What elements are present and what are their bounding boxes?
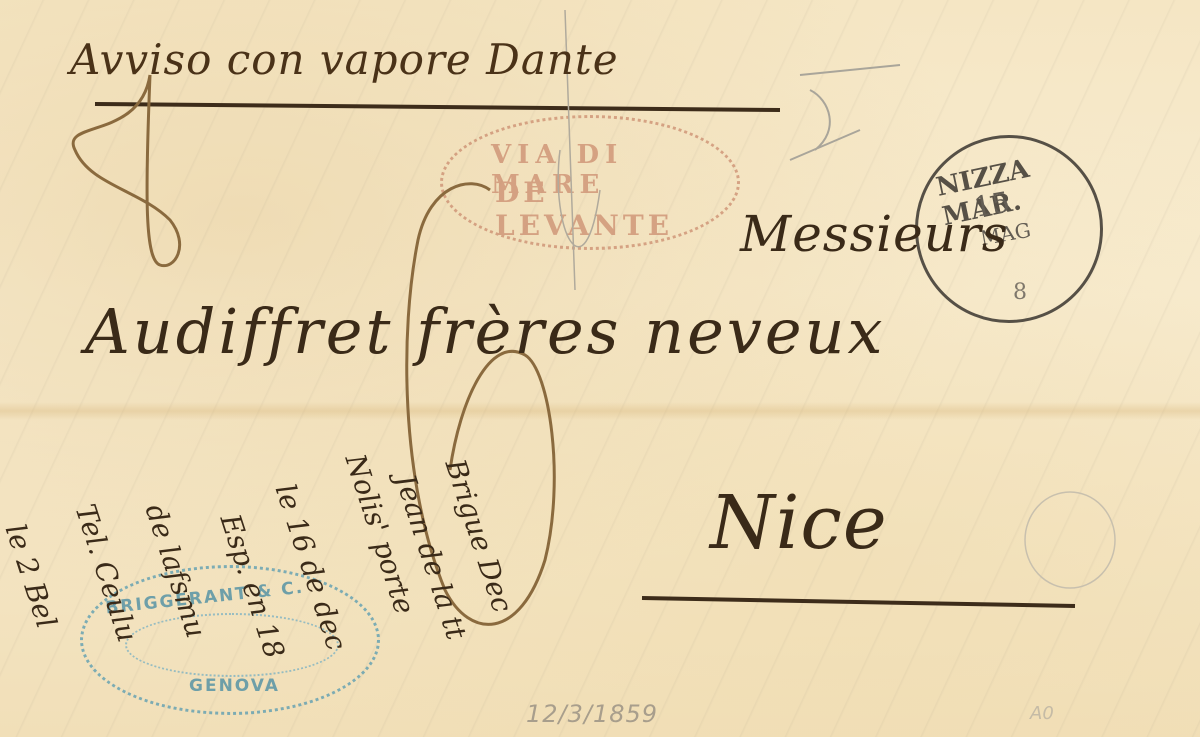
header-underline — [95, 104, 780, 110]
pencil-scribble — [790, 65, 900, 160]
destination-underline — [642, 598, 1075, 606]
addressee-name: Audiffret frères neveux — [85, 295, 885, 368]
pencil-date-annotation: 12/3/1859 — [526, 700, 658, 728]
header-note: Avviso con vapore Dante — [70, 35, 619, 84]
pencil-circle — [1025, 492, 1115, 588]
pencil-reference-annotation: A0 — [1030, 703, 1054, 724]
salutation: Messieurs — [740, 205, 1008, 263]
destination-city: Nice — [710, 480, 888, 566]
